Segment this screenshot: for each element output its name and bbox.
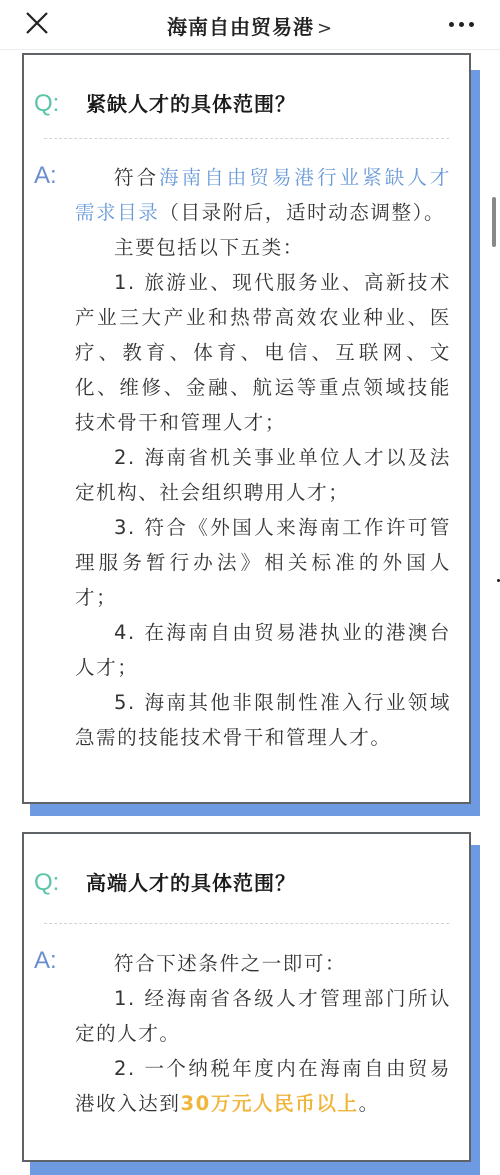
answer-lead: 主要包括以下五类： <box>75 230 451 265</box>
answer-item: 1. 旅游业、现代服务业、高新技术产业三大产业和热带高效农业种业、医疗、教育、体… <box>75 265 451 440</box>
intro-text: 符合 <box>114 166 159 189</box>
more-dot-icon <box>469 22 474 27</box>
answer-item: 3. 符合《外国人来海南工作许可管理服务暂行办法》相关标准的外国人才； <box>75 510 451 615</box>
question-label: Q: <box>34 869 86 897</box>
more-dot-icon <box>459 22 464 27</box>
question-text: 紧缺人才的具体范围？ <box>86 88 296 117</box>
answer-lead: 符合下述条件之一即可： <box>75 946 451 981</box>
scrollbar-thumb[interactable] <box>492 197 496 247</box>
more-dot-icon <box>449 22 454 27</box>
answer-item: 2. 海南省机关事业单位人才以及法定机构、社会组织聘用人才； <box>75 440 451 510</box>
answer-body: 符合海南自由贸易港行业紧缺人才需求目录（目录附后，适时动态调整）。 主要包括以下… <box>75 160 451 755</box>
question-row: Q: 高端人才的具体范围？ <box>34 867 459 897</box>
answer-item: 4. 在海南自由贸易港执业的港澳台人才； <box>75 615 451 685</box>
question-label: Q: <box>34 90 86 118</box>
answer-body: 符合下述条件之一即可： 1. 经海南省各级人才管理部门所认定的人才。 2. 一个… <box>75 946 451 1121</box>
intro-suffix: （目录附后，适时动态调整）。 <box>159 201 445 224</box>
answer-item: 5. 海南其他非限制性准入行业领域急需的技能技术骨干和管理人才。 <box>75 685 451 755</box>
top-nav-bar: 海南自由贸易港> <box>0 0 500 50</box>
page-title-link[interactable]: 海南自由贸易港> <box>0 11 500 40</box>
answer-intro: 符合海南自由贸易港行业紧缺人才需求目录（目录附后，适时动态调整）。 <box>75 160 451 230</box>
question-row: Q: 紧缺人才的具体范围？ <box>34 88 459 118</box>
page-title: 海南自由贸易港 <box>167 15 314 39</box>
income-threshold-highlight: 30万元人民币以上 <box>181 1092 359 1115</box>
answer-label: A: <box>34 947 57 975</box>
answer-item: 2. 一个纳税年度内在海南自由贸易港收入达到30万元人民币以上。 <box>75 1051 451 1121</box>
more-options-button[interactable] <box>448 14 476 34</box>
question-text: 高端人才的具体范围？ <box>86 867 296 896</box>
dashed-divider <box>44 923 449 924</box>
dashed-divider <box>44 138 449 139</box>
faq-card-shortage-talent: Q: 紧缺人才的具体范围？ A: 符合海南自由贸易港行业紧缺人才需求目录（目录附… <box>22 53 471 804</box>
chevron-right-icon: > <box>317 18 333 39</box>
answer-item: 1. 经海南省各级人才管理部门所认定的人才。 <box>75 981 451 1051</box>
item-suffix: 。 <box>359 1092 380 1115</box>
faq-card-high-end-talent: Q: 高端人才的具体范围？ A: 符合下述条件之一即可： 1. 经海南省各级人才… <box>22 832 471 1162</box>
answer-label: A: <box>34 162 57 190</box>
